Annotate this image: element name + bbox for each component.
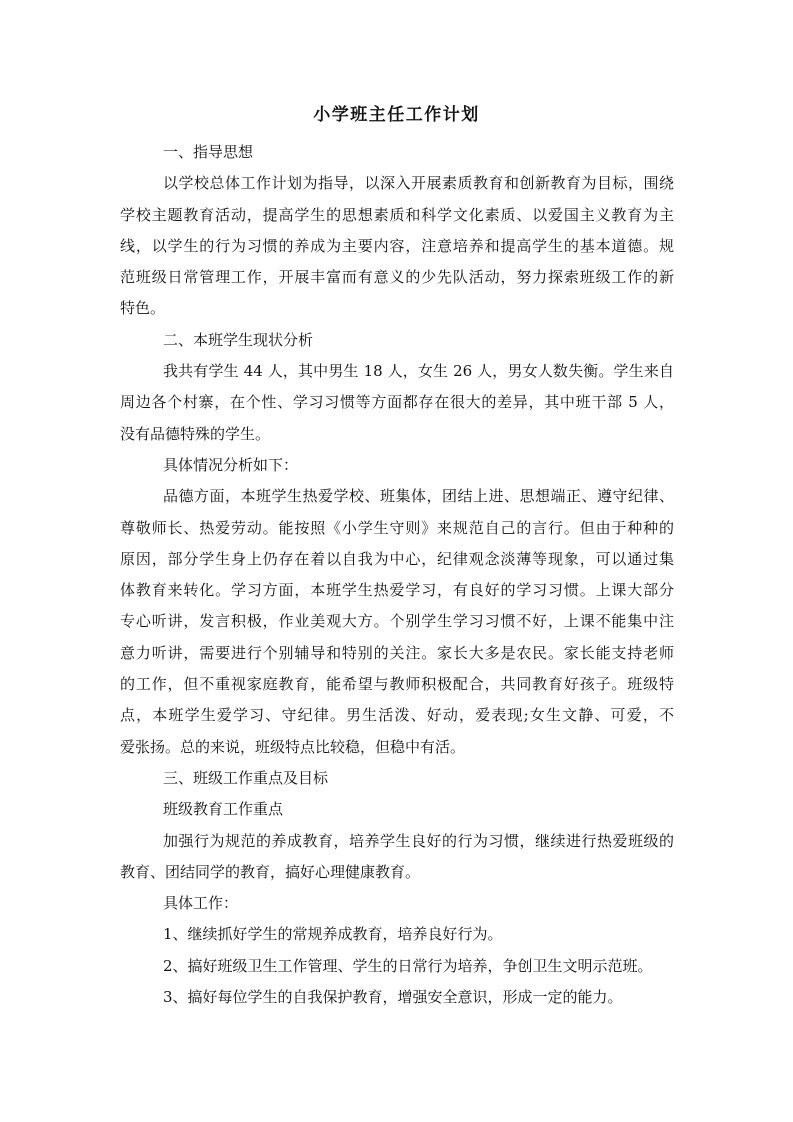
paragraph-line: 我共有学生 44 人，其中男生 18 人，女生 26 人，男女人数失衡。学生来自 bbox=[120, 356, 674, 387]
paragraph-line: 体教育来转化。学习方面，本班学生热爱学习，有良好的学习习惯。上课大部分 bbox=[120, 575, 674, 606]
document-page: 小学班主任工作计划 一、指导思想 以学校总体工作计划为指导，以深入开展素质教育和… bbox=[0, 0, 793, 1122]
paragraph-line: 范班级日常管理工作，开展丰富而有意义的少先队活动，努力探索班级工作的新 bbox=[120, 262, 674, 293]
paragraph-line: 点，本班学生爱学习、守纪律。男生活泼、好动，爱表现;女生文静、可爱，不 bbox=[120, 700, 674, 731]
paragraph-line: 原因，部分学生身上仍存在着以自我为中心，纪律观念淡薄等现象，可以通过集 bbox=[120, 544, 674, 575]
paragraph-line: 以学校总体工作计划为指导，以深入开展素质教育和创新教育为目标，围绕 bbox=[120, 168, 674, 199]
work-item-1: 1、继续抓好学生的常规养成教育，培养良好行为。 bbox=[120, 919, 674, 950]
work-item-2: 2、搞好班级卫生工作管理、学生的日常行为培养，争创卫生文明示范班。 bbox=[120, 951, 674, 982]
document-title: 小学班主任工作计划 bbox=[0, 103, 793, 127]
paragraph-line: 教育、团结同学的教育，搞好心理健康教育。 bbox=[120, 857, 674, 888]
paragraph-detailed-analysis: 品德方面，本班学生热爱学校、班集体，团结上进、思想端正、遵守纪律、 尊敬师长、热… bbox=[120, 481, 674, 763]
section-heading-class-analysis: 二、本班学生现状分析 bbox=[120, 325, 674, 356]
section-heading-focus-goals: 三、班级工作重点及目标 bbox=[120, 763, 674, 794]
paragraph-line: 的工作，但不重视家庭教育，能希望与教师积极配合，共同教育好孩子。班级特 bbox=[120, 669, 674, 700]
subheading-education-focus: 班级教育工作重点 bbox=[120, 794, 674, 825]
paragraph-line: 线，以学生的行为习惯的养成为主要内容，注意培养和提高学生的基本道德。规 bbox=[120, 231, 674, 262]
paragraph-line: 学校主题教育活动，提高学生的思想素质和科学文化素质、以爱国主义教育为主 bbox=[120, 200, 674, 231]
paragraph-line: 特色。 bbox=[120, 293, 674, 324]
subheading-specific-work: 具体工作： bbox=[120, 888, 674, 919]
paragraph-line: 意力听讲，需要进行个别辅导和特别的关注。家长大多是农民。家长能支持老师 bbox=[120, 638, 674, 669]
section-heading-guiding-thought: 一、指导思想 bbox=[120, 137, 674, 168]
work-item-3: 3、搞好每位学生的自我保护教育，增强安全意识，形成一定的能力。 bbox=[120, 982, 674, 1013]
paragraph-line: 尊敬师长、热爱劳动。能按照《小学生守则》来规范自己的言行。但由于种种的 bbox=[120, 513, 674, 544]
paragraph-line: 周边各个村寨，在个性、学习习惯等方面都存在很大的差异，其中班干部 5 人， bbox=[120, 387, 674, 418]
paragraph-guiding-thought: 以学校总体工作计划为指导，以深入开展素质教育和创新教育为目标，围绕 学校主题教育… bbox=[120, 168, 674, 324]
paragraph-education-focus: 加强行为规范的养成教育，培养学生良好的行为习惯，继续进行热爱班级的 教育、团结同… bbox=[120, 826, 674, 889]
paragraph-line: 爱张扬。总的来说，班级特点比较稳，但稳中有活。 bbox=[120, 732, 674, 763]
paragraph-line: 加强行为规范的养成教育，培养学生良好的行为习惯，继续进行热爱班级的 bbox=[120, 826, 674, 857]
paragraph-line: 品德方面，本班学生热爱学校、班集体，团结上进、思想端正、遵守纪律、 bbox=[120, 481, 674, 512]
paragraph-student-count: 我共有学生 44 人，其中男生 18 人，女生 26 人，男女人数失衡。学生来自… bbox=[120, 356, 674, 450]
document-body: 一、指导思想 以学校总体工作计划为指导，以深入开展素质教育和创新教育为目标，围绕… bbox=[120, 137, 674, 1013]
paragraph-line: 专心听讲，发言积极，作业美观大方。个别学生学习习惯不好，上课不能集中注 bbox=[120, 606, 674, 637]
paragraph-analysis-intro: 具体情况分析如下： bbox=[120, 450, 674, 481]
paragraph-line: 没有品德特殊的学生。 bbox=[120, 419, 674, 450]
